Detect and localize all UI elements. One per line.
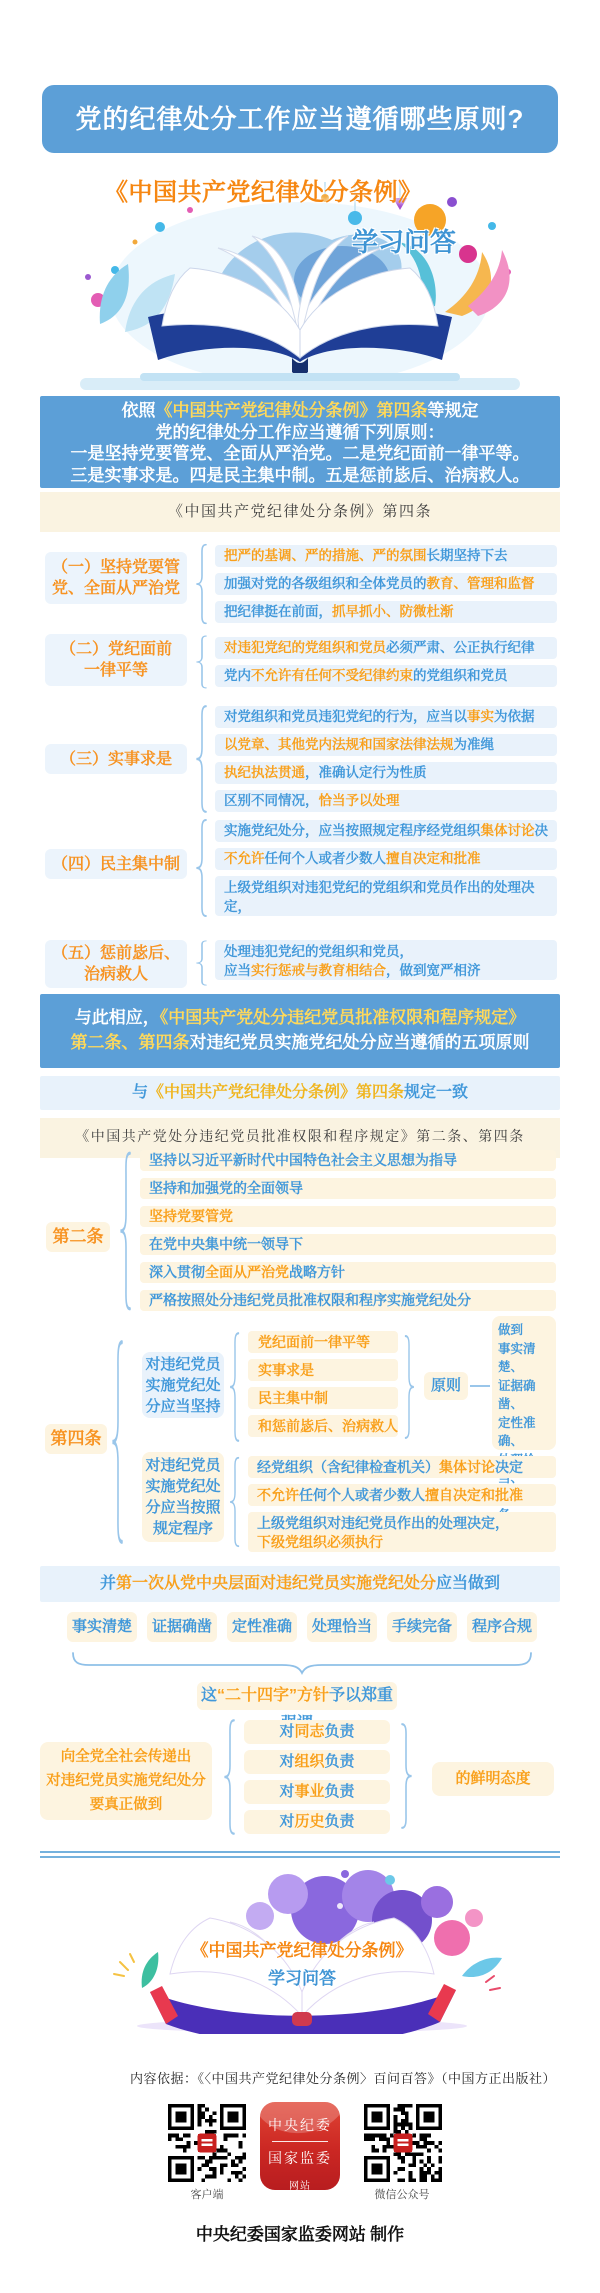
principle-pill: 事实清楚	[67, 1612, 137, 1642]
intro-line: 一是坚持党要管党、全面从严治党。二是党纪面前一律平等。	[40, 443, 560, 465]
principle-item: 把纪律挺在前面，抓早抓小、防微杜渐	[215, 601, 557, 623]
principle-pill: 手续完备	[387, 1612, 457, 1642]
principle-pill: 证据确凿	[147, 1612, 217, 1642]
content-credit: 内容依据：《〈中国共产党纪律处分条例〉百问百答》（中国方正出版社）	[40, 2068, 556, 2087]
principle-label-2: （二）党纪面前 一律平等	[45, 634, 187, 686]
divider-line	[40, 1851, 560, 1853]
principle-item: 对违犯党纪的党组织和党员必须严肃、公正执行纪律	[215, 637, 557, 659]
principle-item: 处理违犯党纪的党组织和党员， 应当实行惩戒与教育相结合，做到宽严相济	[215, 940, 557, 980]
brace	[194, 635, 210, 689]
brace	[402, 1334, 416, 1440]
article4-result-box: 做到 事实清楚、 证据确凿、 定性准确、 处理恰当、 手续完备、 程序合规	[492, 1316, 556, 1450]
relation-line: 第二条、第四条对违纪党员实施党纪处分应当遵循的五项原则	[40, 1030, 560, 1055]
made-by: 中央纪委国家监委网站 制作	[0, 2220, 600, 2245]
principle-item: 执纪执法贯通，准确认定行为性质	[215, 762, 557, 784]
brace	[110, 1338, 126, 1546]
icon-text-line1: 中央纪委	[260, 2115, 340, 2135]
principle-item: 对党组织和党员违犯党纪的行为，应当以事实为依据	[215, 706, 557, 728]
qr-label-app: 客户端	[160, 2186, 254, 2202]
infographic-page: 党的纪律处分工作应当遵循哪些原则?	[0, 0, 600, 2293]
principle-item: 以党章、其他党内法规和国家法律法规为准绳	[215, 734, 557, 756]
principle-pill: 处理恰当	[307, 1612, 377, 1642]
article4-branch2-item: 上级党组织对违纪党员作出的处理决定， 下级党组织必须执行	[248, 1512, 556, 1552]
brace	[228, 1456, 242, 1548]
principle-item: 上级党组织对违犯党纪的党组织和党员作出的处理决定， 下级党组织必须执行	[215, 876, 557, 916]
principle-label-5: （五）惩前毖后、 治病救人	[45, 940, 187, 988]
book-illustration-top	[70, 182, 530, 394]
principle-pill: 程序合规	[467, 1612, 537, 1642]
article2-item: 坚持和加强党的全面领导	[140, 1178, 556, 1199]
article4-branch2-item: 不允许任何个人或者少数人擅自决定和批准	[248, 1484, 556, 1506]
qr-label-wechat: 微信公众号	[352, 2186, 452, 2202]
relation-box: 与此相应，《中国共产党处分违纪党员批准权限和程序规定》 第二条、第四条对违纪党员…	[40, 994, 560, 1068]
icon-text-line2: 国家监委	[260, 2148, 340, 2168]
article4-branch1-item: 实事求是	[248, 1359, 398, 1381]
divider-line	[40, 1856, 560, 1858]
ccdi-app-icon: 中央纪委 国家监委 网站	[260, 2102, 340, 2190]
reference-box-1: 《中国共产党纪律处分条例》第四条	[40, 492, 560, 532]
intro-line: 党的纪律处分工作应当遵循下列原则：	[40, 422, 560, 444]
attitude-item: 对同志负责	[244, 1720, 390, 1744]
attitude-item: 对历史负责	[244, 1810, 390, 1834]
connector-line	[470, 1385, 490, 1387]
article2-item: 坚持党要管党	[140, 1206, 556, 1227]
principle-item: 不允许任何个人或者少数人擅自决定和批准	[215, 848, 557, 870]
article4-label: 第四条	[45, 1424, 107, 1454]
attitude-item: 对事业负责	[244, 1780, 390, 1804]
principle-tag: 原则	[424, 1372, 468, 1400]
brace	[118, 1150, 134, 1312]
article4-branch1-label: 对违纪党员 实施党纪处 分应当坚持	[142, 1352, 224, 1418]
central-banner: 并第一次从党中央层面对违纪党员实施党纪处分应当做到	[40, 1566, 560, 1602]
article4-branch1-item: 和惩前毖后、治病救人	[248, 1415, 398, 1437]
attitude-left-box: 向全党全社会传递出 对违纪党员实施党纪处分 要真正做到	[40, 1742, 212, 1820]
attitude-item: 对组织负责	[244, 1750, 390, 1774]
brace	[194, 818, 210, 918]
article4-branch1-item: 民主集中制	[248, 1387, 398, 1409]
principle-item: 区别不同情况，恰当予以处理	[215, 790, 557, 812]
brace	[194, 940, 210, 986]
article2-item: 严格按照处分违纪党员批准权限和程序实施党纪处分	[140, 1290, 556, 1311]
icon-text-line3: 网站	[260, 2177, 340, 2190]
intro-line: 依照《中国共产党纪律处分条例》第四条等规定	[40, 400, 560, 422]
bottom-book-subtitle: 学习问答	[102, 1964, 502, 1989]
brace	[228, 1331, 242, 1443]
principle-label-4: （四）民主集中制	[45, 849, 187, 879]
attitude-right-box: 的鲜明态度	[432, 1762, 554, 1796]
intro-box: 依照《中国共产党纪律处分条例》第四条等规定 党的纪律处分工作应当遵循下列原则： …	[40, 396, 560, 488]
brace	[398, 1722, 414, 1830]
principle-item: 实施党纪处分，应当按照规定程序经党组织集体讨论决定	[215, 820, 557, 842]
page-title: 党的纪律处分工作应当遵循哪些原则?	[42, 85, 558, 153]
brace	[194, 543, 210, 625]
principle-label-1: （一）坚持党要管 党、全面从严治党	[45, 552, 187, 604]
brace	[194, 704, 210, 814]
emphasis-box: 这“二十四字”方针予以郑重强调	[197, 1682, 397, 1710]
qr-code-app	[168, 2104, 246, 2182]
principle-item: 党内不允许有任何不受纪律约束的党组织和党员	[215, 665, 557, 687]
bottom-book-title: 《中国共产党纪律处分条例》	[102, 1936, 502, 1961]
article4-branch1-item: 党纪面前一律平等	[248, 1331, 398, 1353]
principle-item: 把严的基调、严的措施、严的氛围长期坚持下去	[215, 545, 557, 567]
article2-item: 在党中央集中统一领导下	[140, 1234, 556, 1255]
qr-code-wechat	[364, 2104, 442, 2182]
article2-item: 深入贯彻全面从严治党战略方针	[140, 1262, 556, 1283]
consistency-bar: 与《中国共产党纪律处分条例》第四条规定一致	[40, 1076, 560, 1110]
relation-line: 与此相应，《中国共产党处分违纪党员批准权限和程序规定》	[40, 1005, 560, 1030]
principle-pill: 定性准确	[227, 1612, 297, 1642]
intro-line: 三是实事求是。四是民主集中制。五是惩前毖后、治病救人。	[40, 465, 560, 487]
icon-divider	[272, 2141, 328, 2142]
article4-branch2-item: 经党组织（含纪律检查机关）集体讨论决定	[248, 1456, 556, 1478]
book-subtitle: 学习问答	[352, 222, 456, 259]
principle-label-3: （三）实事求是	[45, 744, 187, 774]
under-brace	[70, 1650, 534, 1674]
principle-item: 加强对党的各级组织和全体党员的教育、管理和监督	[215, 573, 557, 595]
article4-branch2-label: 对违纪党员 实施党纪处 分应当按照 规定程序	[142, 1452, 224, 1542]
article2-label: 第二条	[46, 1222, 110, 1252]
brace	[222, 1718, 238, 1836]
book-title: 《中国共产党纪律处分条例》	[104, 172, 423, 207]
article2-item: 坚持以习近平新时代中国特色社会主义思想为指导	[140, 1150, 556, 1171]
